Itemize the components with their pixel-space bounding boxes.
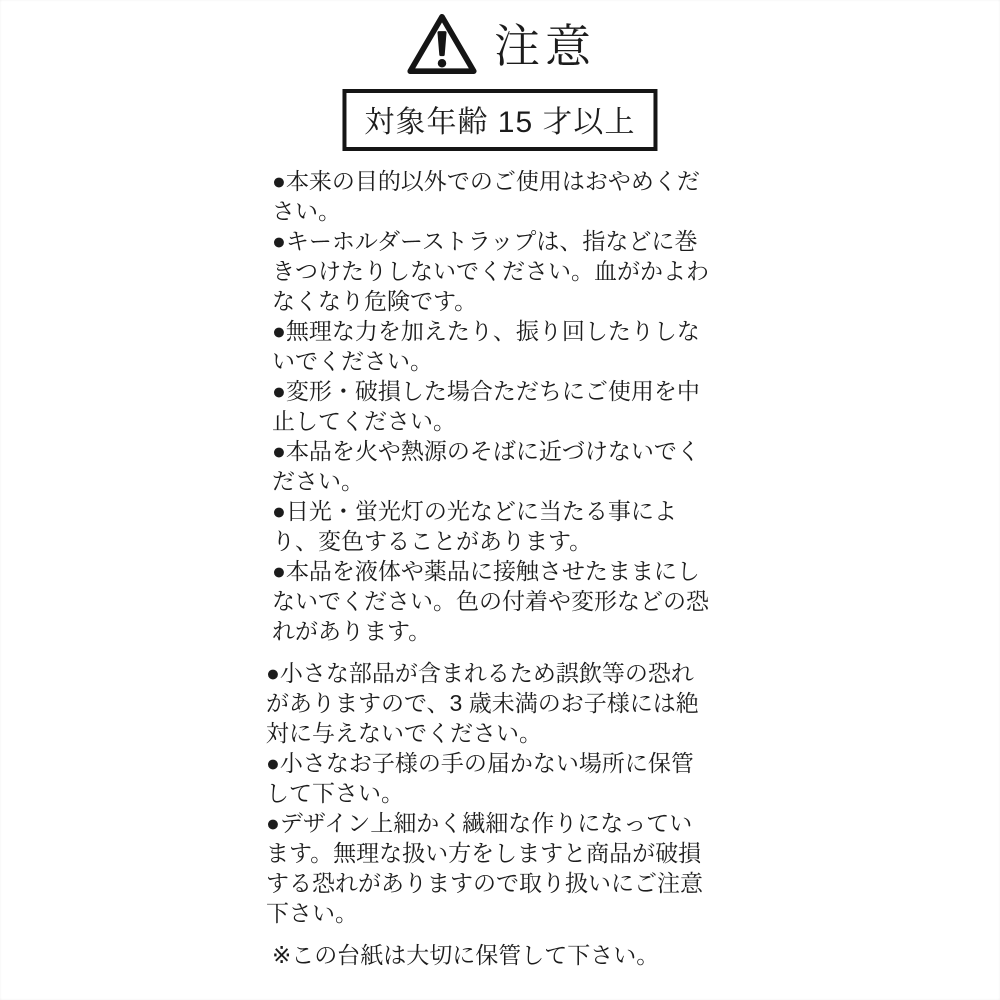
warning-item: ●キーホルダーストラップは、指などに巻きつけたりしないでください。血がかよわなく… [272,226,714,316]
caution-header: 注意 [0,10,1000,78]
warning-item: ●本品を液体や薬品に接触させたままにしないでください。色の付着や変形などの恐れが… [272,556,714,646]
warnings-group-children: ●小さな部品が含まれるため誤飲等の恐れがありますので、3 歳未満のお子様には絶対… [266,658,714,928]
warnings-group-general: ●本来の目的以外でのご使用はおやめください。 ●キーホルダーストラップは、指など… [272,166,714,646]
age-restriction-box: 対象年齢 15 才以上 [342,89,657,151]
warning-item: ●本品を火や熱源のそばに近づけないでください。 [272,436,714,496]
warning-triangle-icon [404,10,480,78]
warning-item: ●日光・蛍光灯の光などに当たる事により、変色することがあります。 [272,496,714,556]
caution-card: 注意 対象年齢 15 才以上 ●本来の目的以外でのご使用はおやめください。 ●キ… [0,0,1000,1000]
warning-item: ●無理な力を加えたり、振り回したりしないでください。 [272,316,714,376]
warning-item: ●変形・破損した場合ただちにご使用を中止してください。 [272,376,714,436]
card-keep-note: ※この台紙は大切に保管して下さい。 [272,940,714,970]
caution-title: 注意 [494,19,596,69]
warning-item: ●本来の目的以外でのご使用はおやめください。 [272,166,714,226]
warnings-list: ●本来の目的以外でのご使用はおやめください。 ●キーホルダーストラップは、指など… [272,166,714,970]
warning-item: ●小さな部品が含まれるため誤飲等の恐れがありますので、3 歳未満のお子様には絶対… [266,658,714,748]
age-restriction-label: 対象年齢 15 才以上 [364,106,635,139]
warning-item: ●小さなお子様の手の届かない場所に保管して下さい。 [266,748,714,808]
warning-item: ●デザイン上細かく繊細な作りになっています。無理な扱い方をしますと商品が破損する… [266,808,714,928]
